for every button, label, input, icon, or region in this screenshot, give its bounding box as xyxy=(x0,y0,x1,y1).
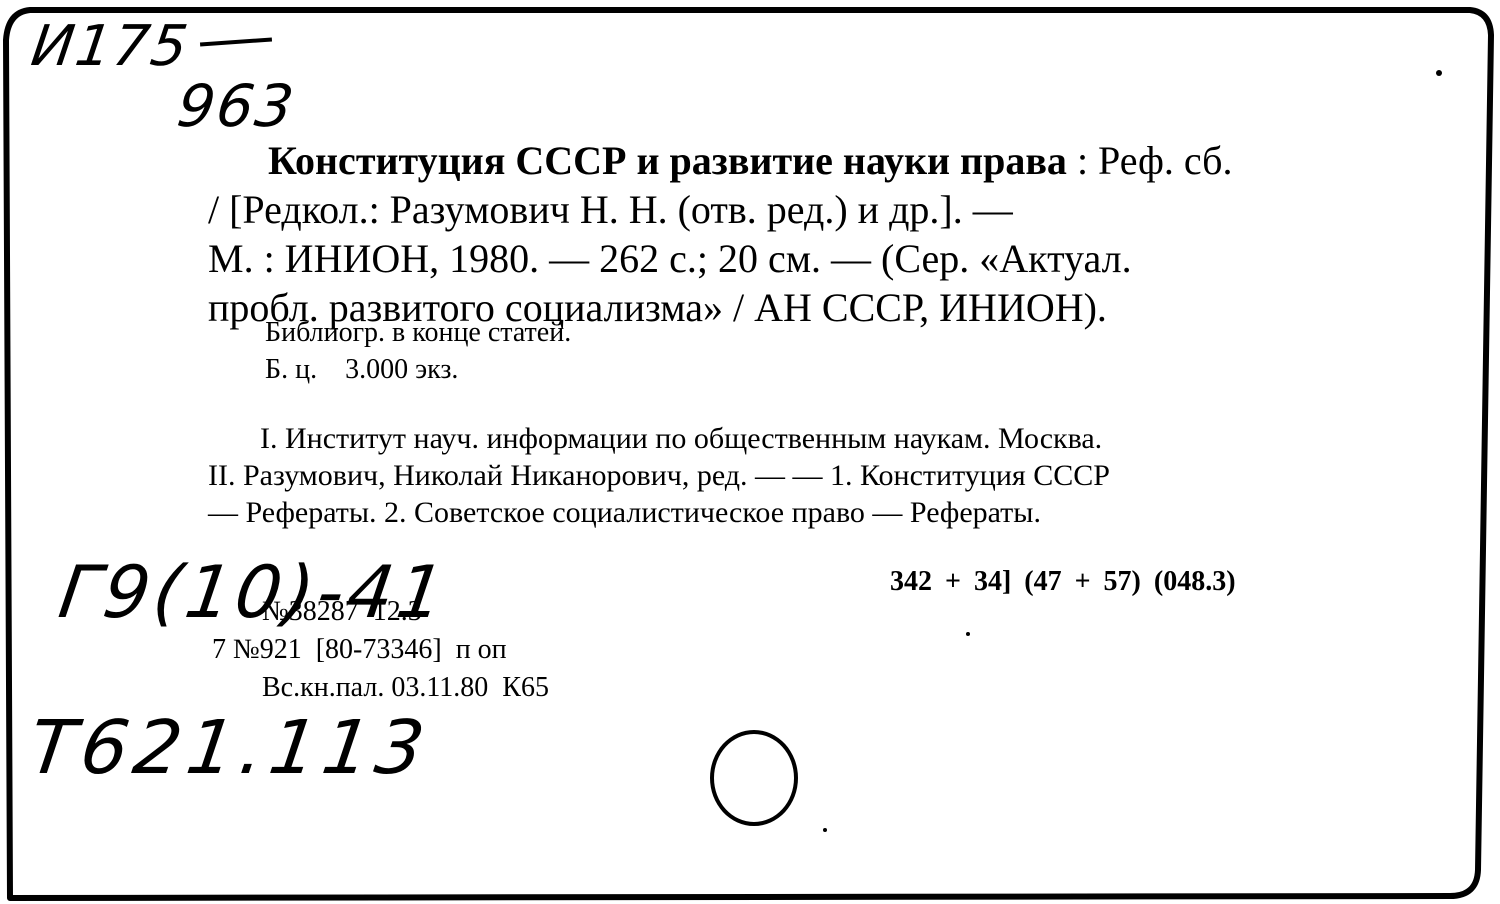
description-line-title: Конституция СССР и развитие науки права … xyxy=(208,136,1368,185)
bibliography-note: Библиогр. в конце статей. xyxy=(265,314,571,351)
imprint-line-1: №38287 12.3 xyxy=(262,594,422,630)
speck xyxy=(966,632,970,636)
description-line-editors: / [Редкол.: Разумович Н. Н. (отв. ред.) … xyxy=(208,185,1368,234)
notes: Библиогр. в конце статей. Б. ц. 3.000 эк… xyxy=(265,314,571,388)
title-subtitle: : Реф. сб. xyxy=(1067,138,1233,183)
udc-index: 342 + 34] (47 + 57) (048.3) xyxy=(890,566,1236,598)
tracing-line: II. Разумович, Николай Никанорович, ред.… xyxy=(208,457,1368,494)
tracings: I. Институт науч. информации по обществе… xyxy=(208,420,1368,531)
imprint-line-2: 7 №921 [80-73346] п оп xyxy=(212,632,507,668)
tracing-line: — Рефераты. 2. Советское социалистическо… xyxy=(208,494,1368,531)
handwritten-shelf-number: Т621.113 xyxy=(24,705,435,791)
tracing-line: I. Институт науч. информации по обществе… xyxy=(208,420,1368,457)
handwritten-call-number-top: И175 xyxy=(27,14,193,79)
handwritten-call-number-bottom: 963 xyxy=(173,72,299,140)
speck xyxy=(823,828,827,832)
price-and-copies: Б. ц. 3.000 экз. xyxy=(265,351,571,388)
punch-hole xyxy=(710,730,798,826)
title: Конституция СССР и развитие науки права xyxy=(268,138,1067,183)
description-line-publication: М. : ИНИОН, 1980. — 262 с.; 20 см. — (Се… xyxy=(208,234,1368,283)
bibliographic-description: Конституция СССР и развитие науки права … xyxy=(208,136,1368,332)
imprint-line-3: Вс.кн.пал. 03.11.80 К65 xyxy=(262,670,549,706)
speck xyxy=(1436,70,1442,76)
